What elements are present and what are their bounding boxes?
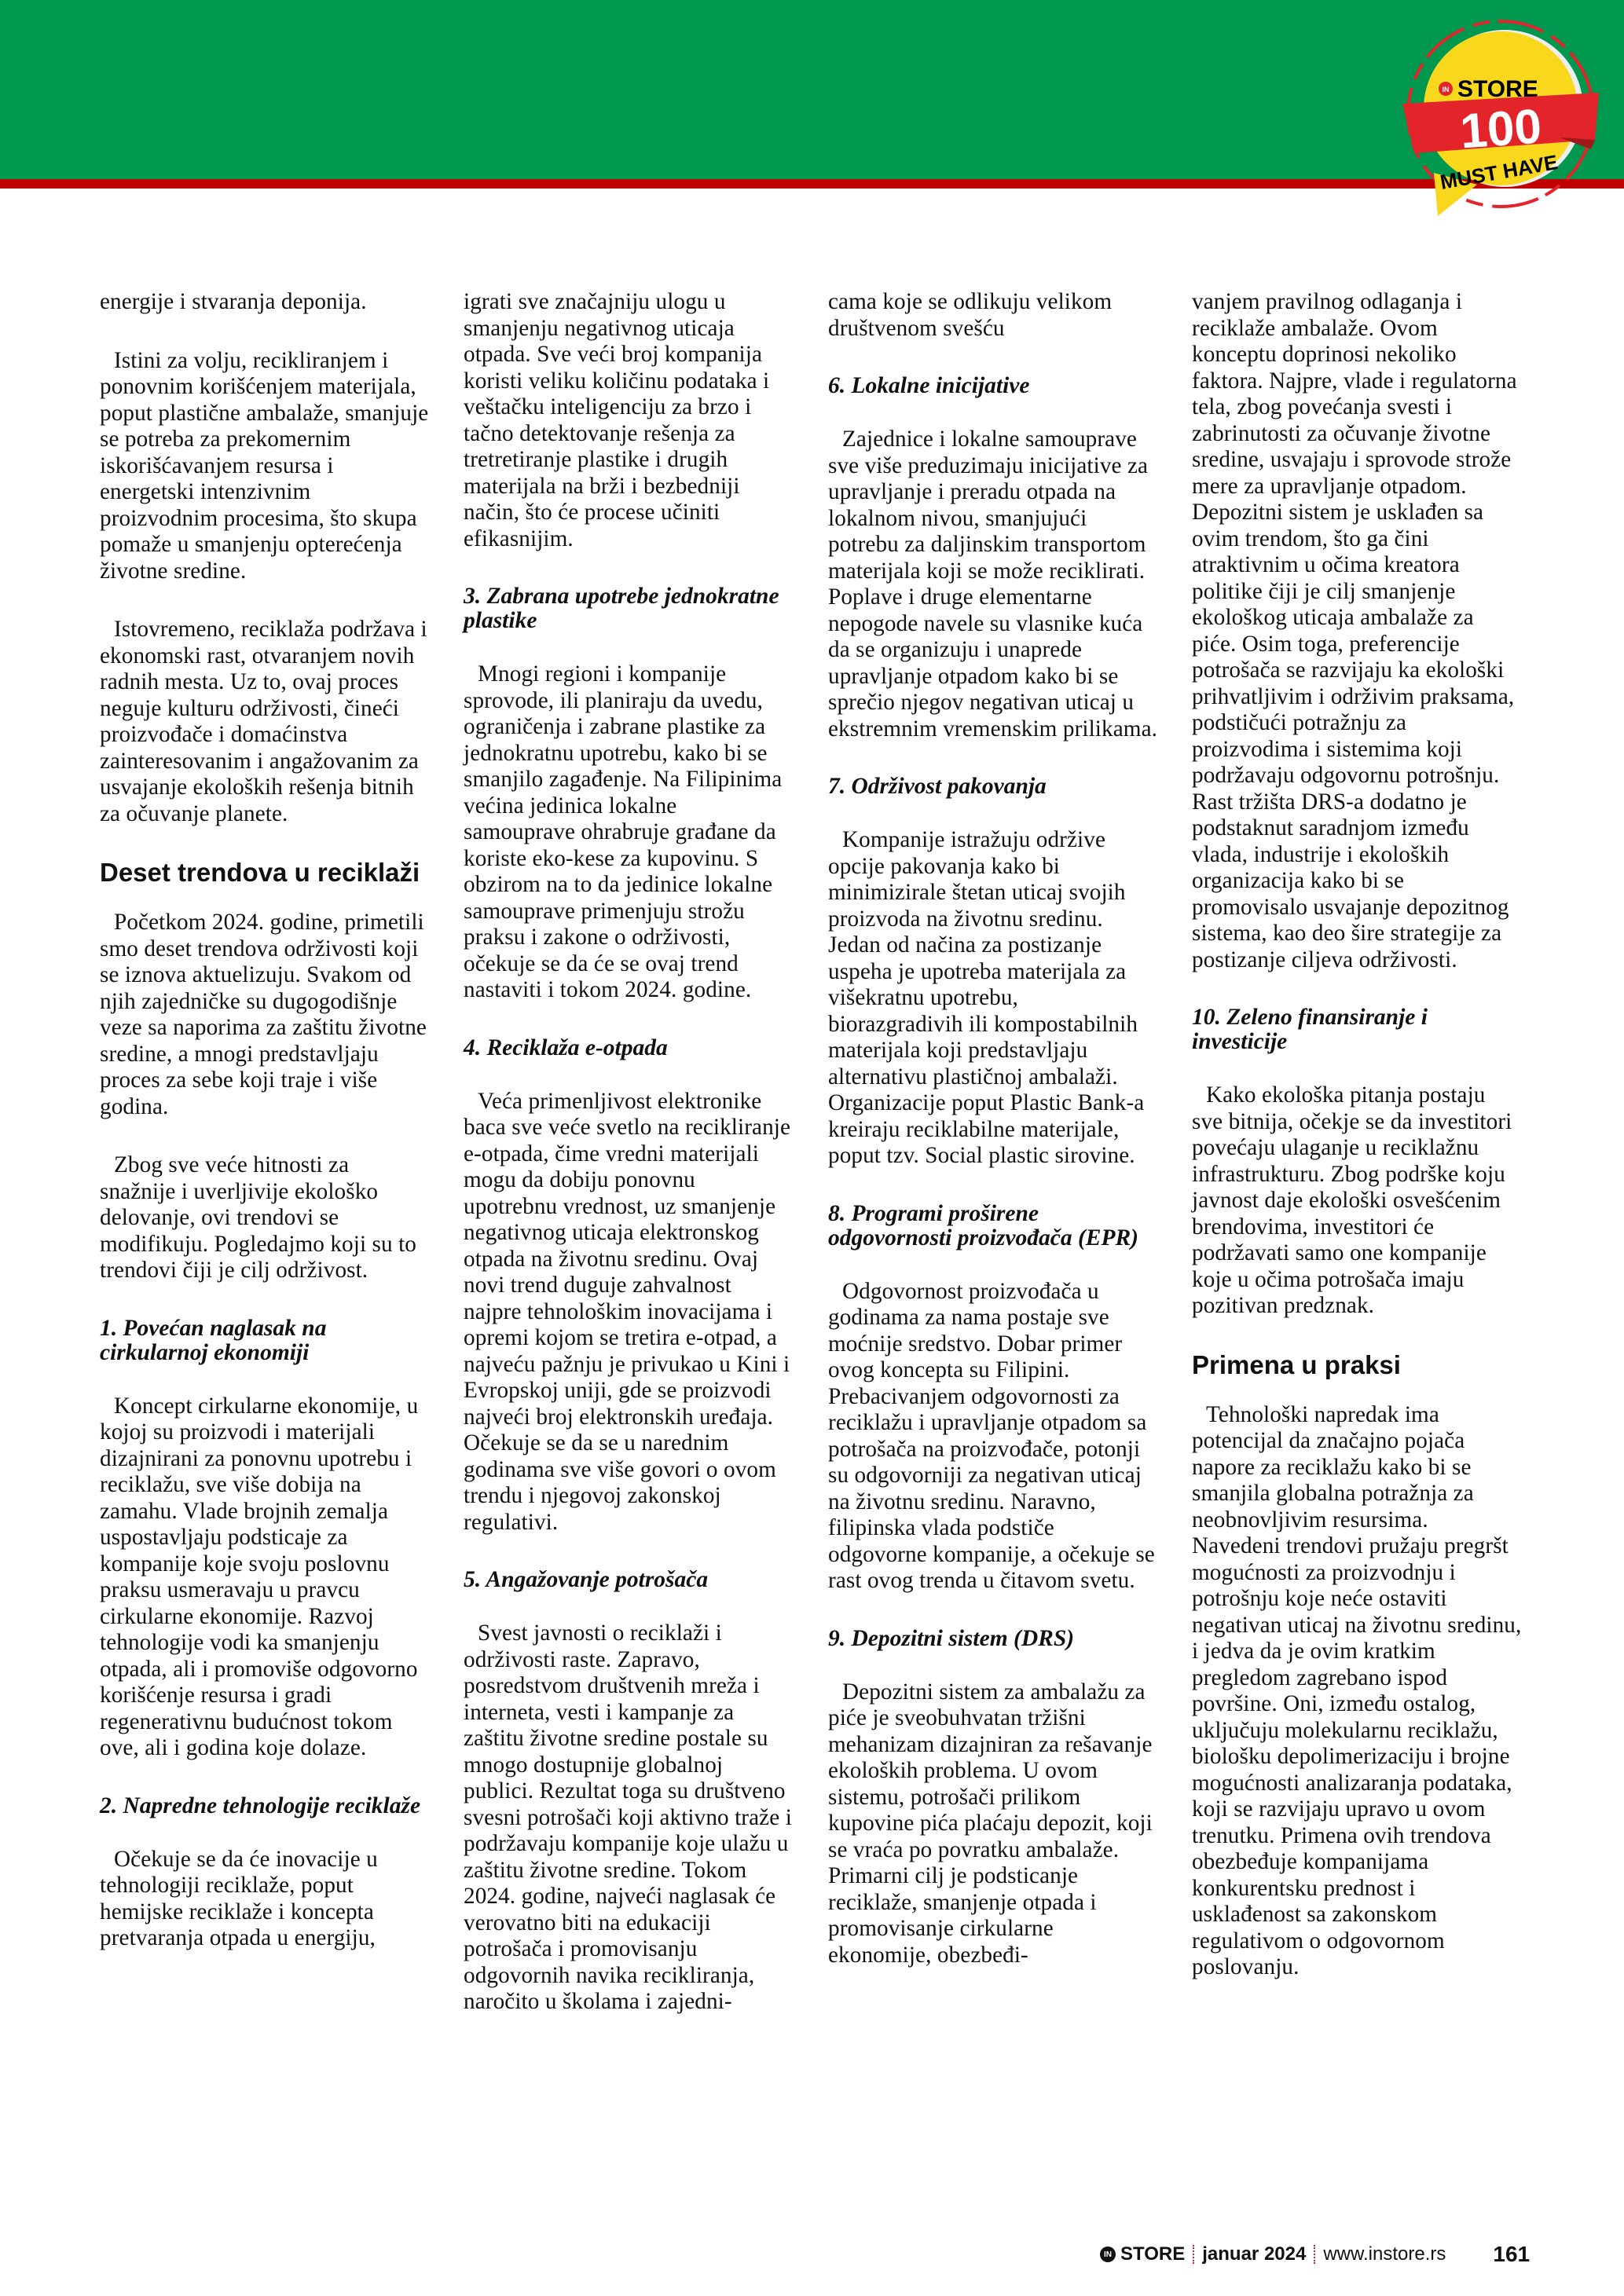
footer-divider xyxy=(1314,2245,1315,2264)
article-body: energije i stvaranja deponija.Istini za … xyxy=(100,289,1520,2206)
paragraph: Očekuje se da će inovacije u tehnologiji… xyxy=(100,1847,430,1952)
trend-heading: 4. Reciklaža e-otpada xyxy=(464,1036,794,1060)
paragraph: Depozitni sistem za ambalažu za piće je … xyxy=(828,1679,1158,1969)
trend-heading: 7. Održivost pakovanja xyxy=(828,774,1158,799)
trend-heading: 10. Zeleno finansiranje i investicije xyxy=(1192,1005,1522,1054)
paragraph: energije i stvaranja deponija. xyxy=(100,289,430,316)
page-number: 161 xyxy=(1493,2242,1530,2267)
footer-logo: IN STORE xyxy=(1100,2243,1185,2265)
section-heading: Deset trendova u reciklaži xyxy=(100,859,430,886)
paragraph: Zajednice i lokalne samouprave sve više … xyxy=(828,427,1158,742)
svg-text:100: 100 xyxy=(1458,99,1543,159)
page-footer: IN STORE januar 2024 www.instore.rs 161 xyxy=(1100,2239,1530,2270)
column-3: cama koje se odlikuju velikom društvenom… xyxy=(828,289,1158,2001)
section-heading: Primena u praksi xyxy=(1192,1352,1522,1379)
paragraph: Odgovornost proizvođača u godinama za na… xyxy=(828,1279,1158,1595)
paragraph: Kompanije istražuju održive opcije pakov… xyxy=(828,827,1158,1170)
paragraph: igrati sve značajniju ulogu u smanjenju … xyxy=(464,289,794,552)
issue-date: januar 2024 xyxy=(1202,2243,1306,2265)
paragraph: Istovremeno, reciklaža podržava i ekonom… xyxy=(100,617,430,827)
paragraph: vanjem pravilnog odlaganja i reciklaže a… xyxy=(1192,289,1522,973)
paragraph: Zbog sve veće hitnosti za snažnije i uve… xyxy=(100,1152,430,1284)
paragraph: Istini za volju, recikliranjem i ponovni… xyxy=(100,348,430,585)
footer-divider xyxy=(1193,2245,1194,2264)
paragraph: cama koje se odlikuju velikom društvenom… xyxy=(828,289,1158,342)
paragraph: Kako ekološka pitanja postaju sve bitnij… xyxy=(1192,1082,1522,1320)
trend-heading: 3. Zabrana upotrebe jednokratne plastike xyxy=(464,584,794,633)
header-red-stripe xyxy=(0,179,1624,189)
paragraph: Mnogi regioni i kompanije sprovode, ili … xyxy=(464,661,794,1004)
column-1: energije i stvaranja deponija.Istini za … xyxy=(100,289,430,1984)
paragraph: Početkom 2024. godine, primetili smo des… xyxy=(100,910,430,1120)
paragraph: Tehnološki napredak ima potencijal da zn… xyxy=(1192,1402,1522,1981)
paragraph: Svest javnosti o reciklaži i održivosti … xyxy=(464,1620,794,2016)
paragraph: Koncept cirkularne ekonomije, u kojoj su… xyxy=(100,1393,430,1762)
header-green-band xyxy=(0,0,1624,179)
svg-text:IN: IN xyxy=(1443,86,1450,93)
trend-heading: 1. Povećan naglasak na cirkularnoj ekono… xyxy=(100,1316,430,1365)
instore-100-must-have-badge: IN STORE 100 MUST HAVE xyxy=(1383,16,1611,216)
trend-heading: 9. Depozitni sistem (DRS) xyxy=(828,1627,1158,1651)
column-2: igrati sve značajniju ulogu u smanjenju … xyxy=(464,289,794,2048)
column-4: vanjem pravilnog odlaganja i reciklaže a… xyxy=(1192,289,1522,2013)
trend-heading: 6. Lokalne inicijative xyxy=(828,374,1158,398)
in-logo-icon: IN xyxy=(1100,2247,1116,2262)
website-link[interactable]: www.instore.rs xyxy=(1323,2243,1446,2265)
trend-heading: 8. Programi proširene odgovornosti proiz… xyxy=(828,1202,1158,1251)
paragraph: Veća primenljivost elektronike baca sve … xyxy=(464,1089,794,1536)
trend-heading: 5. Angažovanje potrošača xyxy=(464,1568,794,1592)
trend-heading: 2. Napredne tehnologije reciklaže xyxy=(100,1794,430,1818)
footer-logo-text: STORE xyxy=(1120,2243,1185,2265)
